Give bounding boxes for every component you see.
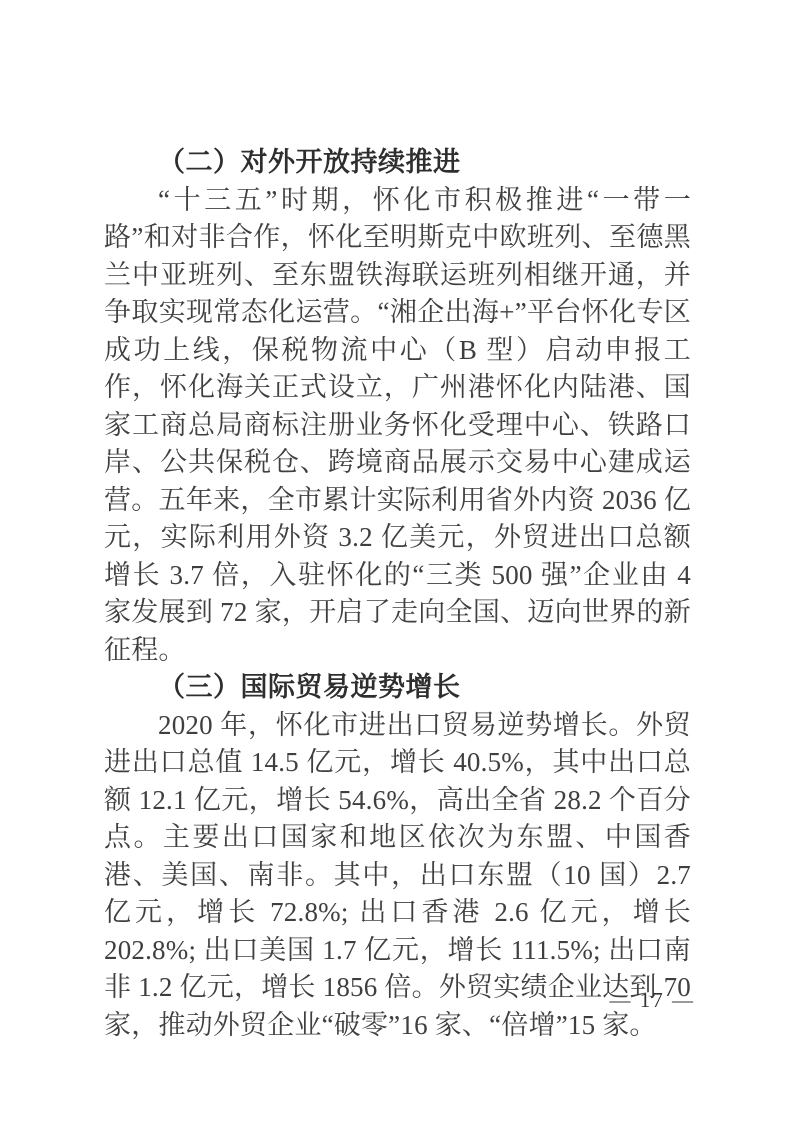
document-body: （二）对外开放持续推进 “十三五”时期，怀化市积极推进“一带一路”和对非合作，怀… [104, 144, 691, 1044]
section-paragraph-3: 2020 年，怀化市进出口贸易逆势增长。外贸进出口总值 14.5 亿元，增长 4… [104, 707, 691, 1045]
section-heading-3: （三）国际贸易逆势增长 [104, 669, 691, 707]
document-page: （二）对外开放持续推进 “十三五”时期，怀化市积极推进“一带一路”和对非合作，怀… [0, 0, 793, 1122]
page-number: — 17 — [610, 988, 696, 1013]
section-heading-2: （二）对外开放持续推进 [104, 144, 691, 182]
section-paragraph-2: “十三五”时期，怀化市积极推进“一带一路”和对非合作，怀化至明斯克中欧班列、至德… [104, 182, 691, 670]
